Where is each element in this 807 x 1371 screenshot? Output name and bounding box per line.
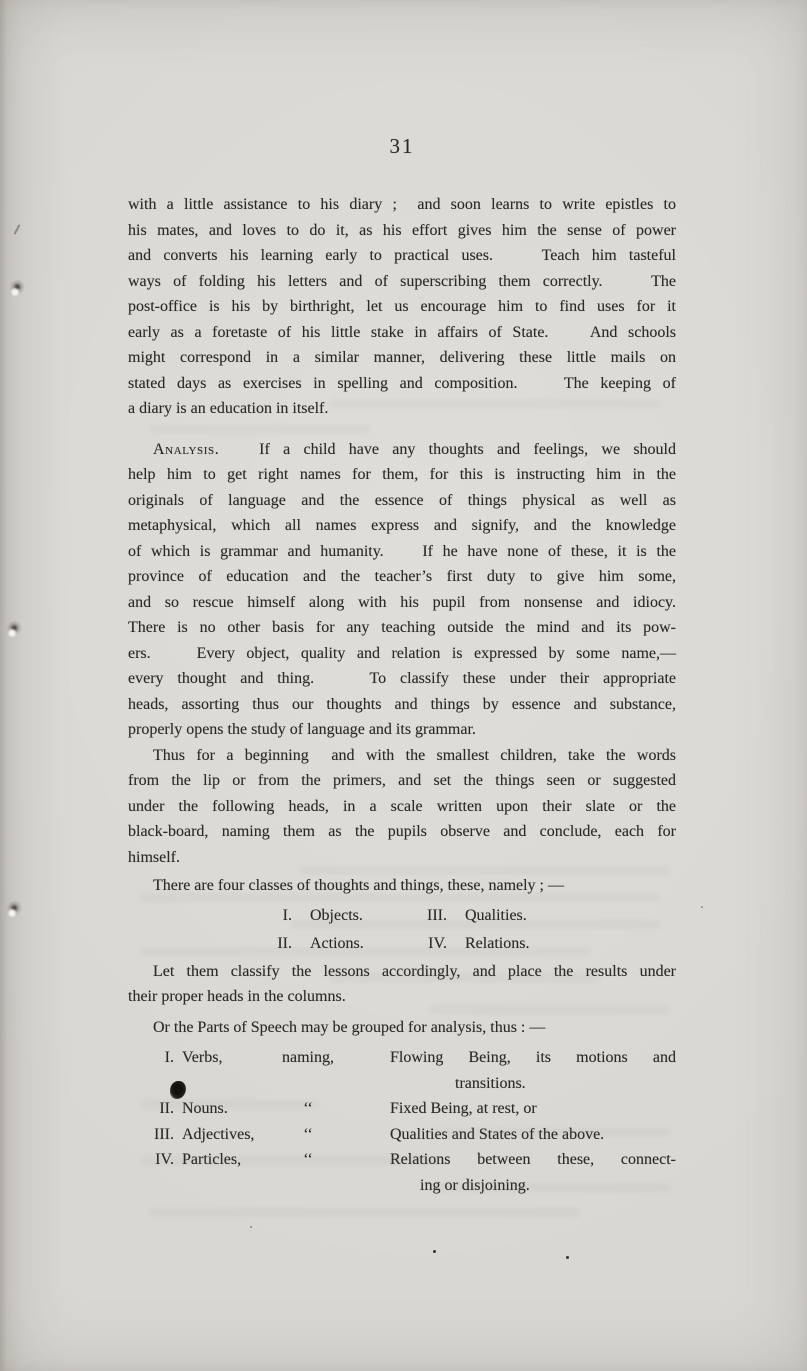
table-row: IV.Particles,‘‘Relations between these, … <box>128 1147 676 1198</box>
class-numeral: III. <box>292 902 447 930</box>
table-row: II.Nouns.‘‘Fixed Being, at rest, or <box>128 1096 676 1122</box>
text-line: post-office is his by birthright, let us… <box>128 294 676 320</box>
text-line: a diary is an education in itself. <box>128 396 676 422</box>
smallcaps-lead: Analysis. <box>153 441 219 458</box>
row-description: Qualities and States of the above. <box>390 1122 676 1148</box>
part-of-speech: Verbs, <box>182 1045 222 1071</box>
text-line: ers. Every object, quality and relation … <box>128 641 676 667</box>
ink-speck <box>250 1226 252 1228</box>
binding-mark <box>5 277 28 300</box>
text-line: ing or disjoining. <box>420 1173 676 1199</box>
row-numeral: II. <box>128 1096 174 1122</box>
class-label: Relations. <box>465 930 529 958</box>
text-line: properly opens the study of language and… <box>128 717 676 743</box>
text-line: his mates, and loves to do it, as his ef… <box>128 218 676 244</box>
text-line: their proper heads in the columns. <box>128 984 676 1010</box>
class-numeral: IV. <box>292 930 447 958</box>
text-line: stated days as exercises in spelling and… <box>128 371 676 397</box>
class-list: I.Objects.III.Qualities.II.Actions.IV.Re… <box>128 902 676 958</box>
text-line: Analysis. If a child have any thoughts a… <box>128 437 676 463</box>
text-line: originals of language and the essence of… <box>128 488 676 514</box>
paragraph-analysis: Analysis. If a child have any thoughts a… <box>128 437 676 743</box>
class-numeral: II. <box>128 930 292 958</box>
text-line: black-board, naming them as the pupils o… <box>128 819 676 845</box>
text-line: Let them classify the lessons accordingl… <box>128 959 676 985</box>
text-line: of which is grammar and humanity. If he … <box>128 539 676 565</box>
row-description: Fixed Being, at rest, or <box>390 1096 676 1122</box>
class-list-row: II.Actions.IV.Relations. <box>128 930 676 958</box>
text-line: himself. <box>128 845 676 871</box>
class-label: Qualities. <box>465 902 527 930</box>
text-block: 31with a little assistance to his diary … <box>128 133 676 1198</box>
text-line: Relations between these, connect- <box>390 1147 676 1173</box>
binding-mark <box>2 898 25 921</box>
page-number: 31 <box>128 133 676 159</box>
text-line: province of education and the teacher’s … <box>128 564 676 590</box>
part-of-speech: Particles, <box>182 1147 241 1173</box>
paragraph-continued: with a little assistance to his diary ; … <box>128 192 676 422</box>
row-description: Flowing Being, its motions andtransition… <box>390 1045 676 1096</box>
part-of-speech: Adjectives, <box>182 1122 254 1148</box>
row-numeral: IV. <box>128 1147 174 1173</box>
text-line: ways of folding his letters and of super… <box>128 269 676 295</box>
class-list-row: I.Objects.III.Qualities. <box>128 902 676 930</box>
show-through <box>150 1208 580 1217</box>
text-line: from the lip or from the primers, and se… <box>128 768 676 794</box>
parts-of-speech-table: I.Verbs,naming,Flowing Being, its motion… <box>128 1045 676 1198</box>
text-line: There is no other basis for any teaching… <box>128 615 676 641</box>
row-numeral: I. <box>128 1045 174 1071</box>
text-line: early as a foretaste of his little stake… <box>128 320 676 346</box>
text-line: might correspond in a similar manner, de… <box>128 345 676 371</box>
part-of-speech: Nouns. <box>182 1096 228 1122</box>
text-line: and so rescue himself along with his pup… <box>128 590 676 616</box>
ink-speck <box>433 1250 436 1253</box>
ditto-or-naming: ‘‘ <box>268 1147 348 1173</box>
text-line: with a little assistance to his diary ; … <box>128 192 676 218</box>
class-numeral: I. <box>128 902 292 930</box>
table-row: I.Verbs,naming,Flowing Being, its motion… <box>128 1045 676 1096</box>
text-line-rest: If a child have any thoughts and feeling… <box>219 441 676 458</box>
binding-mark <box>2 618 25 641</box>
paragraph-let-them: Let them classify the lessons accordingl… <box>128 959 676 1010</box>
ditto-or-naming: ‘‘ <box>268 1122 348 1148</box>
ink-speck <box>701 906 703 908</box>
text-line: heads, assorting thus our thoughts and t… <box>128 692 676 718</box>
text-line: Qualities and States of the above. <box>390 1122 676 1148</box>
row-numeral: III. <box>128 1122 174 1148</box>
text-line: and converts his learning early to pract… <box>128 243 676 269</box>
paragraph-or-parts: Or the Parts of Speech may be grouped fo… <box>128 1015 676 1041</box>
text-line: Fixed Being, at rest, or <box>390 1096 676 1122</box>
scanned-book-page: { "page": { "number": "31" }, "colors": … <box>0 0 807 1371</box>
text-line: Flowing Being, its motions and <box>390 1045 676 1071</box>
ink-speck <box>566 1256 569 1259</box>
scratch-mark <box>14 224 21 235</box>
text-line: Thus for a beginning and with the smalle… <box>128 743 676 769</box>
ditto-or-naming: ‘‘ <box>268 1096 348 1122</box>
text-line: transitions. <box>455 1071 676 1097</box>
row-description: Relations between these, connect-ing or … <box>390 1147 676 1198</box>
paragraph-four-classes: There are four classes of thoughts and t… <box>128 873 676 899</box>
table-row: III.Adjectives,‘‘Qualities and States of… <box>128 1122 676 1148</box>
text-line: Or the Parts of Speech may be grouped fo… <box>128 1015 676 1041</box>
ditto-or-naming: naming, <box>268 1045 348 1071</box>
text-line: help him to get right names for them, fo… <box>128 462 676 488</box>
text-line: metaphysical, which all names express an… <box>128 513 676 539</box>
paragraph-thus: Thus for a beginning and with the smalle… <box>128 743 676 871</box>
text-line: under the following heads, in a scale wr… <box>128 794 676 820</box>
text-line: every thought and thing. To classify the… <box>128 666 676 692</box>
text-line: There are four classes of thoughts and t… <box>128 873 676 899</box>
